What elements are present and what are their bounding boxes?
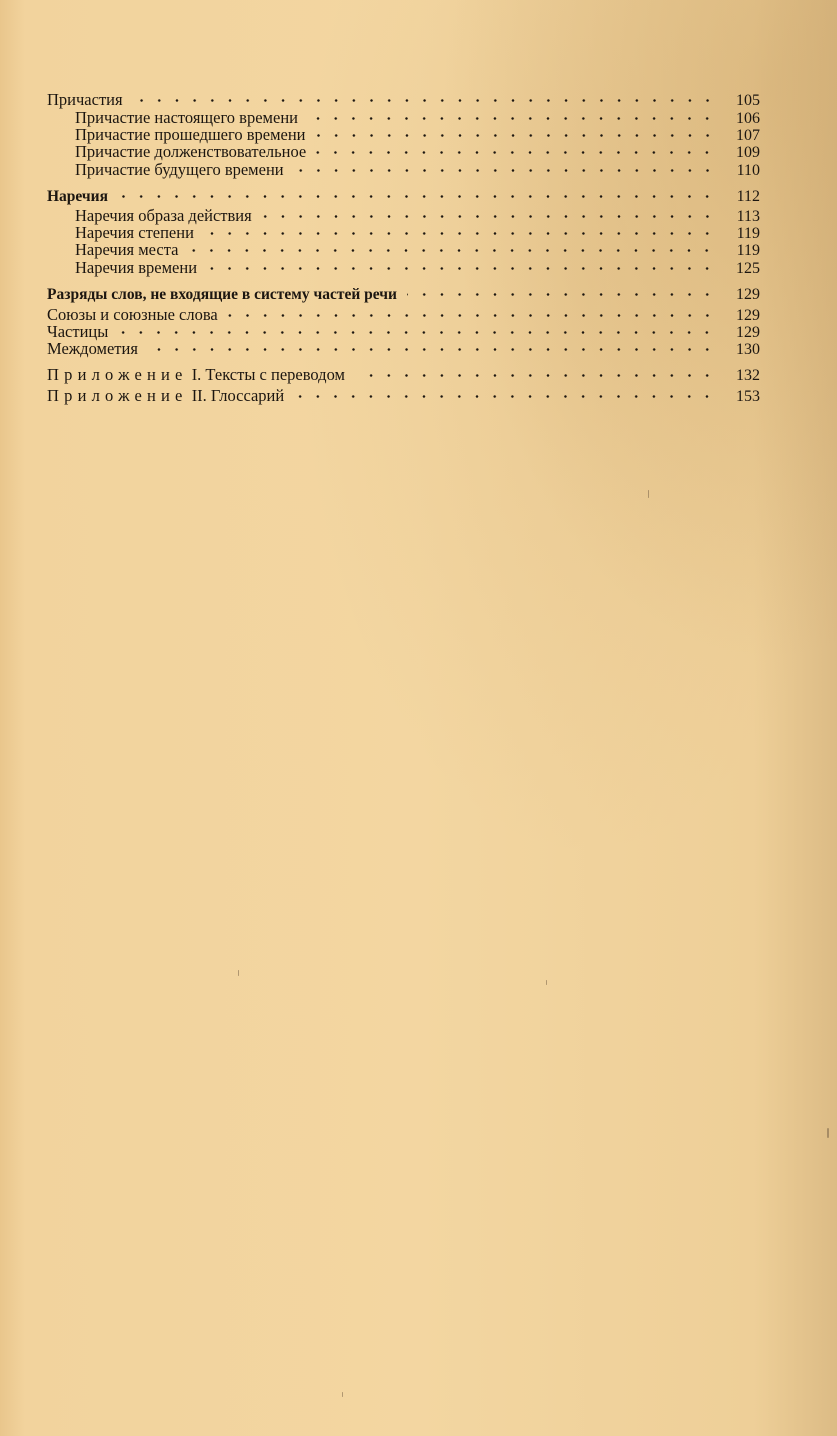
dot-leader — [262, 203, 716, 221]
dot-leader — [188, 237, 716, 255]
dot-leader — [316, 139, 716, 157]
toc-entry-participles[interactable]: Причастия 105 — [47, 87, 760, 105]
dot-leader — [207, 255, 716, 273]
appendix-title: II. Глоссарий — [192, 386, 285, 405]
toc-entry-title: Приложение I. Тексты с переводом — [47, 366, 355, 384]
paper-speck — [342, 1392, 343, 1397]
appendix-title: I. Тексты с переводом — [192, 365, 345, 384]
toc-entry-adverbs[interactable]: Наречия 112 — [47, 183, 760, 201]
paper-speck — [238, 970, 239, 976]
toc-entry-word-classes-outside-pos[interactable]: Разряды слов, не входящие в систему част… — [47, 281, 760, 299]
toc-entry-conjunctions[interactable]: Союзы и союзные слова 129 — [47, 302, 760, 320]
toc-entry-place-adverbs[interactable]: Наречия места 119 — [47, 237, 760, 255]
paper-speck — [827, 1128, 829, 1138]
dot-leader — [294, 383, 716, 401]
appendix-label: Приложение — [47, 365, 188, 384]
toc-entry-title: Междометия — [47, 340, 148, 358]
toc-entry-manner-adverbs[interactable]: Наречия образа действия 113 — [47, 203, 760, 221]
toc-entry-title: Наречия времени — [47, 259, 207, 277]
toc-entry-obligatory-participle[interactable]: Причастие долженствовательное 109 — [47, 139, 760, 157]
toc-entry-future-participle[interactable]: Причастие будущего времени 110 — [47, 157, 760, 175]
toc-entry-present-participle[interactable]: Причастие настоящего времени 106 — [47, 105, 760, 123]
dot-leader — [148, 336, 716, 354]
toc-entry-past-participle[interactable]: Причастие прошедшего времени 107 — [47, 122, 760, 140]
dot-leader — [308, 105, 716, 123]
toc-entry-particles[interactable]: Частицы 129 — [47, 319, 760, 337]
toc-page-number: 125 — [716, 260, 760, 278]
toc-entry-appendix-2[interactable]: Приложение II. Глоссарий 153 — [47, 383, 760, 401]
dot-leader — [118, 319, 716, 337]
appendix-label: Приложение — [47, 386, 188, 405]
dot-leader — [294, 157, 716, 175]
book-page: Причастия 105 Причастие настоящего време… — [0, 0, 837, 1436]
toc-entry-degree-adverbs[interactable]: Наречия степени 119 — [47, 220, 760, 238]
toc-page-number: 153 — [716, 388, 760, 406]
toc-entry-interjections[interactable]: Междометия 130 — [47, 336, 760, 354]
dot-leader — [204, 220, 716, 238]
dot-leader — [355, 362, 716, 380]
toc-entry-time-adverbs[interactable]: Наречия времени 125 — [47, 255, 760, 273]
paper-speck — [648, 490, 649, 498]
toc-page-number: 130 — [716, 341, 760, 359]
dot-leader — [316, 122, 716, 140]
paper-speck — [546, 980, 547, 985]
dot-leader — [118, 183, 716, 201]
toc-entry-appendix-1[interactable]: Приложение I. Тексты с переводом 132 — [47, 362, 760, 380]
toc-entry-title: Причастие будущего времени — [47, 161, 294, 179]
toc-entry-title: Приложение II. Глоссарий — [47, 387, 294, 405]
dot-leader — [228, 302, 716, 320]
dot-leader — [407, 281, 716, 299]
dot-leader — [133, 87, 716, 105]
toc-page-number: 110 — [716, 162, 760, 180]
